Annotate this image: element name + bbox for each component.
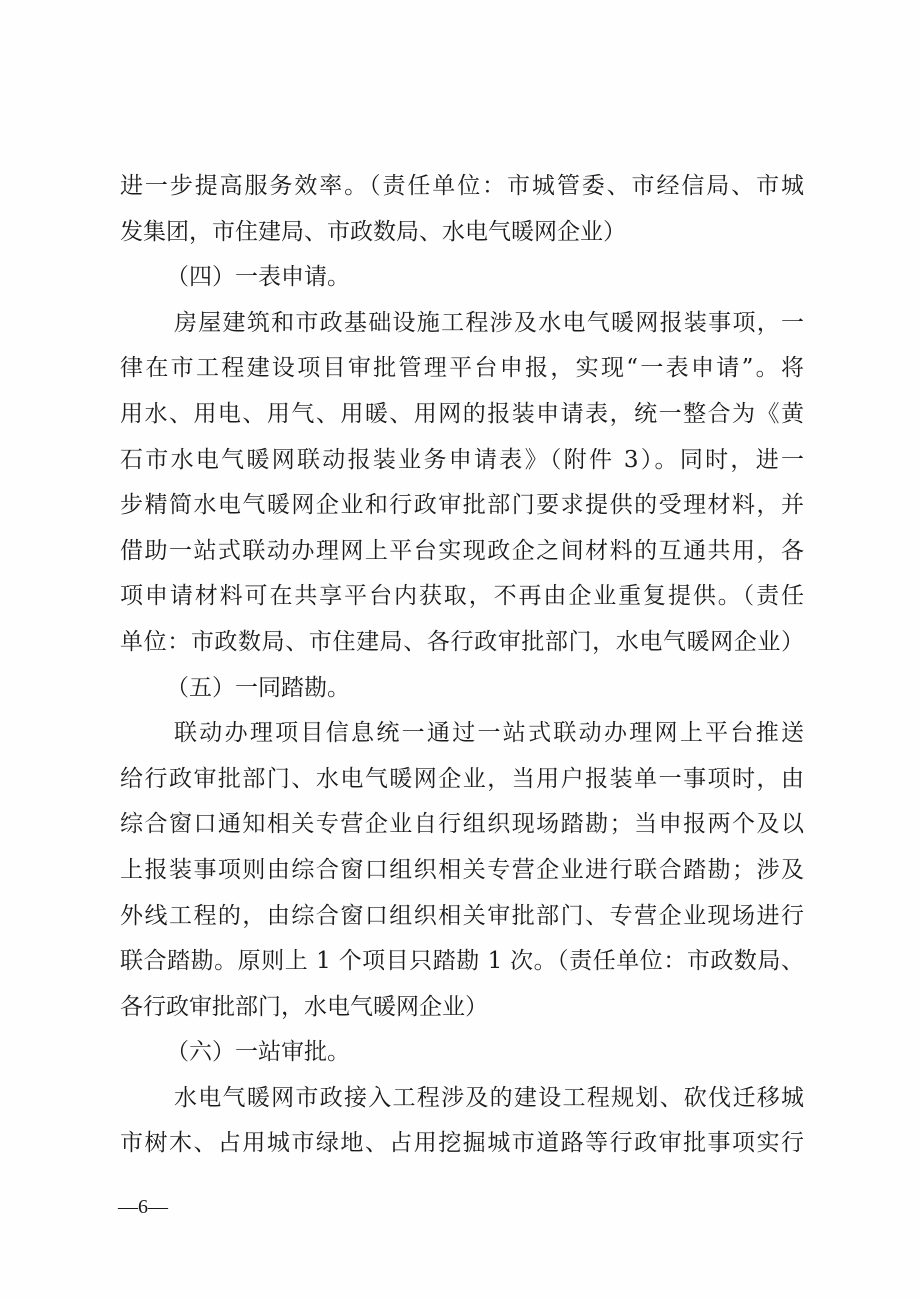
page-number: —6—: [118, 1196, 168, 1219]
text-line: 用水、用电、用气、用暖、用网的报装申请表，统一整合为《黄: [120, 392, 804, 438]
text-line: 市树木、占用城市绿地、占用挖掘城市道路等行政审批事项实行: [120, 1121, 804, 1167]
text-line: 律在市工程建设项目审批管理平台申报，实现“一表申请”。将: [120, 346, 804, 392]
text-line: 外线工程的，由综合窗口组织相关审批部门、专营企业现场进行: [120, 894, 804, 940]
text-line: 进一步提高服务效率。（责任单位：市城管委、市经信局、市城: [120, 164, 804, 210]
text-line: 步精简水电气暖网企业和行政审批部门要求提供的受理材料，并: [120, 483, 804, 529]
section-heading-4: （四）一表申请。: [120, 255, 804, 301]
text-line: 各行政审批部门，水电气暖网企业）: [120, 985, 804, 1031]
text-line: 石市水电气暖网联动报装业务申请表》（附件 3）。同时，进一: [120, 438, 804, 484]
text-line: 单位：市政数局、市住建局、各行政审批部门，水电气暖网企业）: [120, 620, 804, 666]
text-line: 借助一站式联动办理网上平台实现政企之间材料的互通共用，各: [120, 529, 804, 575]
text-line: 水电气暖网市政接入工程涉及的建设工程规划、砍伐迁移城: [120, 1076, 804, 1122]
text-line: 发集团，市住建局、市政数局、水电气暖网企业）: [120, 210, 804, 256]
text-line: 联合踏勘。原则上 1 个项目只踏勘 1 次。（责任单位：市政数局、: [120, 939, 804, 985]
text-line: 给行政审批部门、水电气暖网企业，当用户报装单一事项时，由: [120, 757, 804, 803]
text-line: 综合窗口通知相关专营企业自行组织现场踏勘；当申报两个及以: [120, 802, 804, 848]
text-line: 房屋建筑和市政基础设施工程涉及水电气暖网报装事项，一: [120, 301, 804, 347]
text-line: 上报装事项则由综合窗口组织相关专营企业进行联合踏勘；涉及: [120, 848, 804, 894]
section-heading-5: （五）一同踏勘。: [120, 666, 804, 712]
text-line: 项申请材料可在共享平台内获取，不再由企业重复提供。（责任: [120, 574, 804, 620]
document-page: 进一步提高服务效率。（责任单位：市城管委、市经信局、市城 发集团，市住建局、市政…: [0, 0, 920, 1301]
document-body: 进一步提高服务效率。（责任单位：市城管委、市经信局、市城 发集团，市住建局、市政…: [120, 164, 804, 1167]
text-line: 联动办理项目信息统一通过一站式联动办理网上平台推送: [120, 711, 804, 757]
section-heading-6: （六）一站审批。: [120, 1030, 804, 1076]
